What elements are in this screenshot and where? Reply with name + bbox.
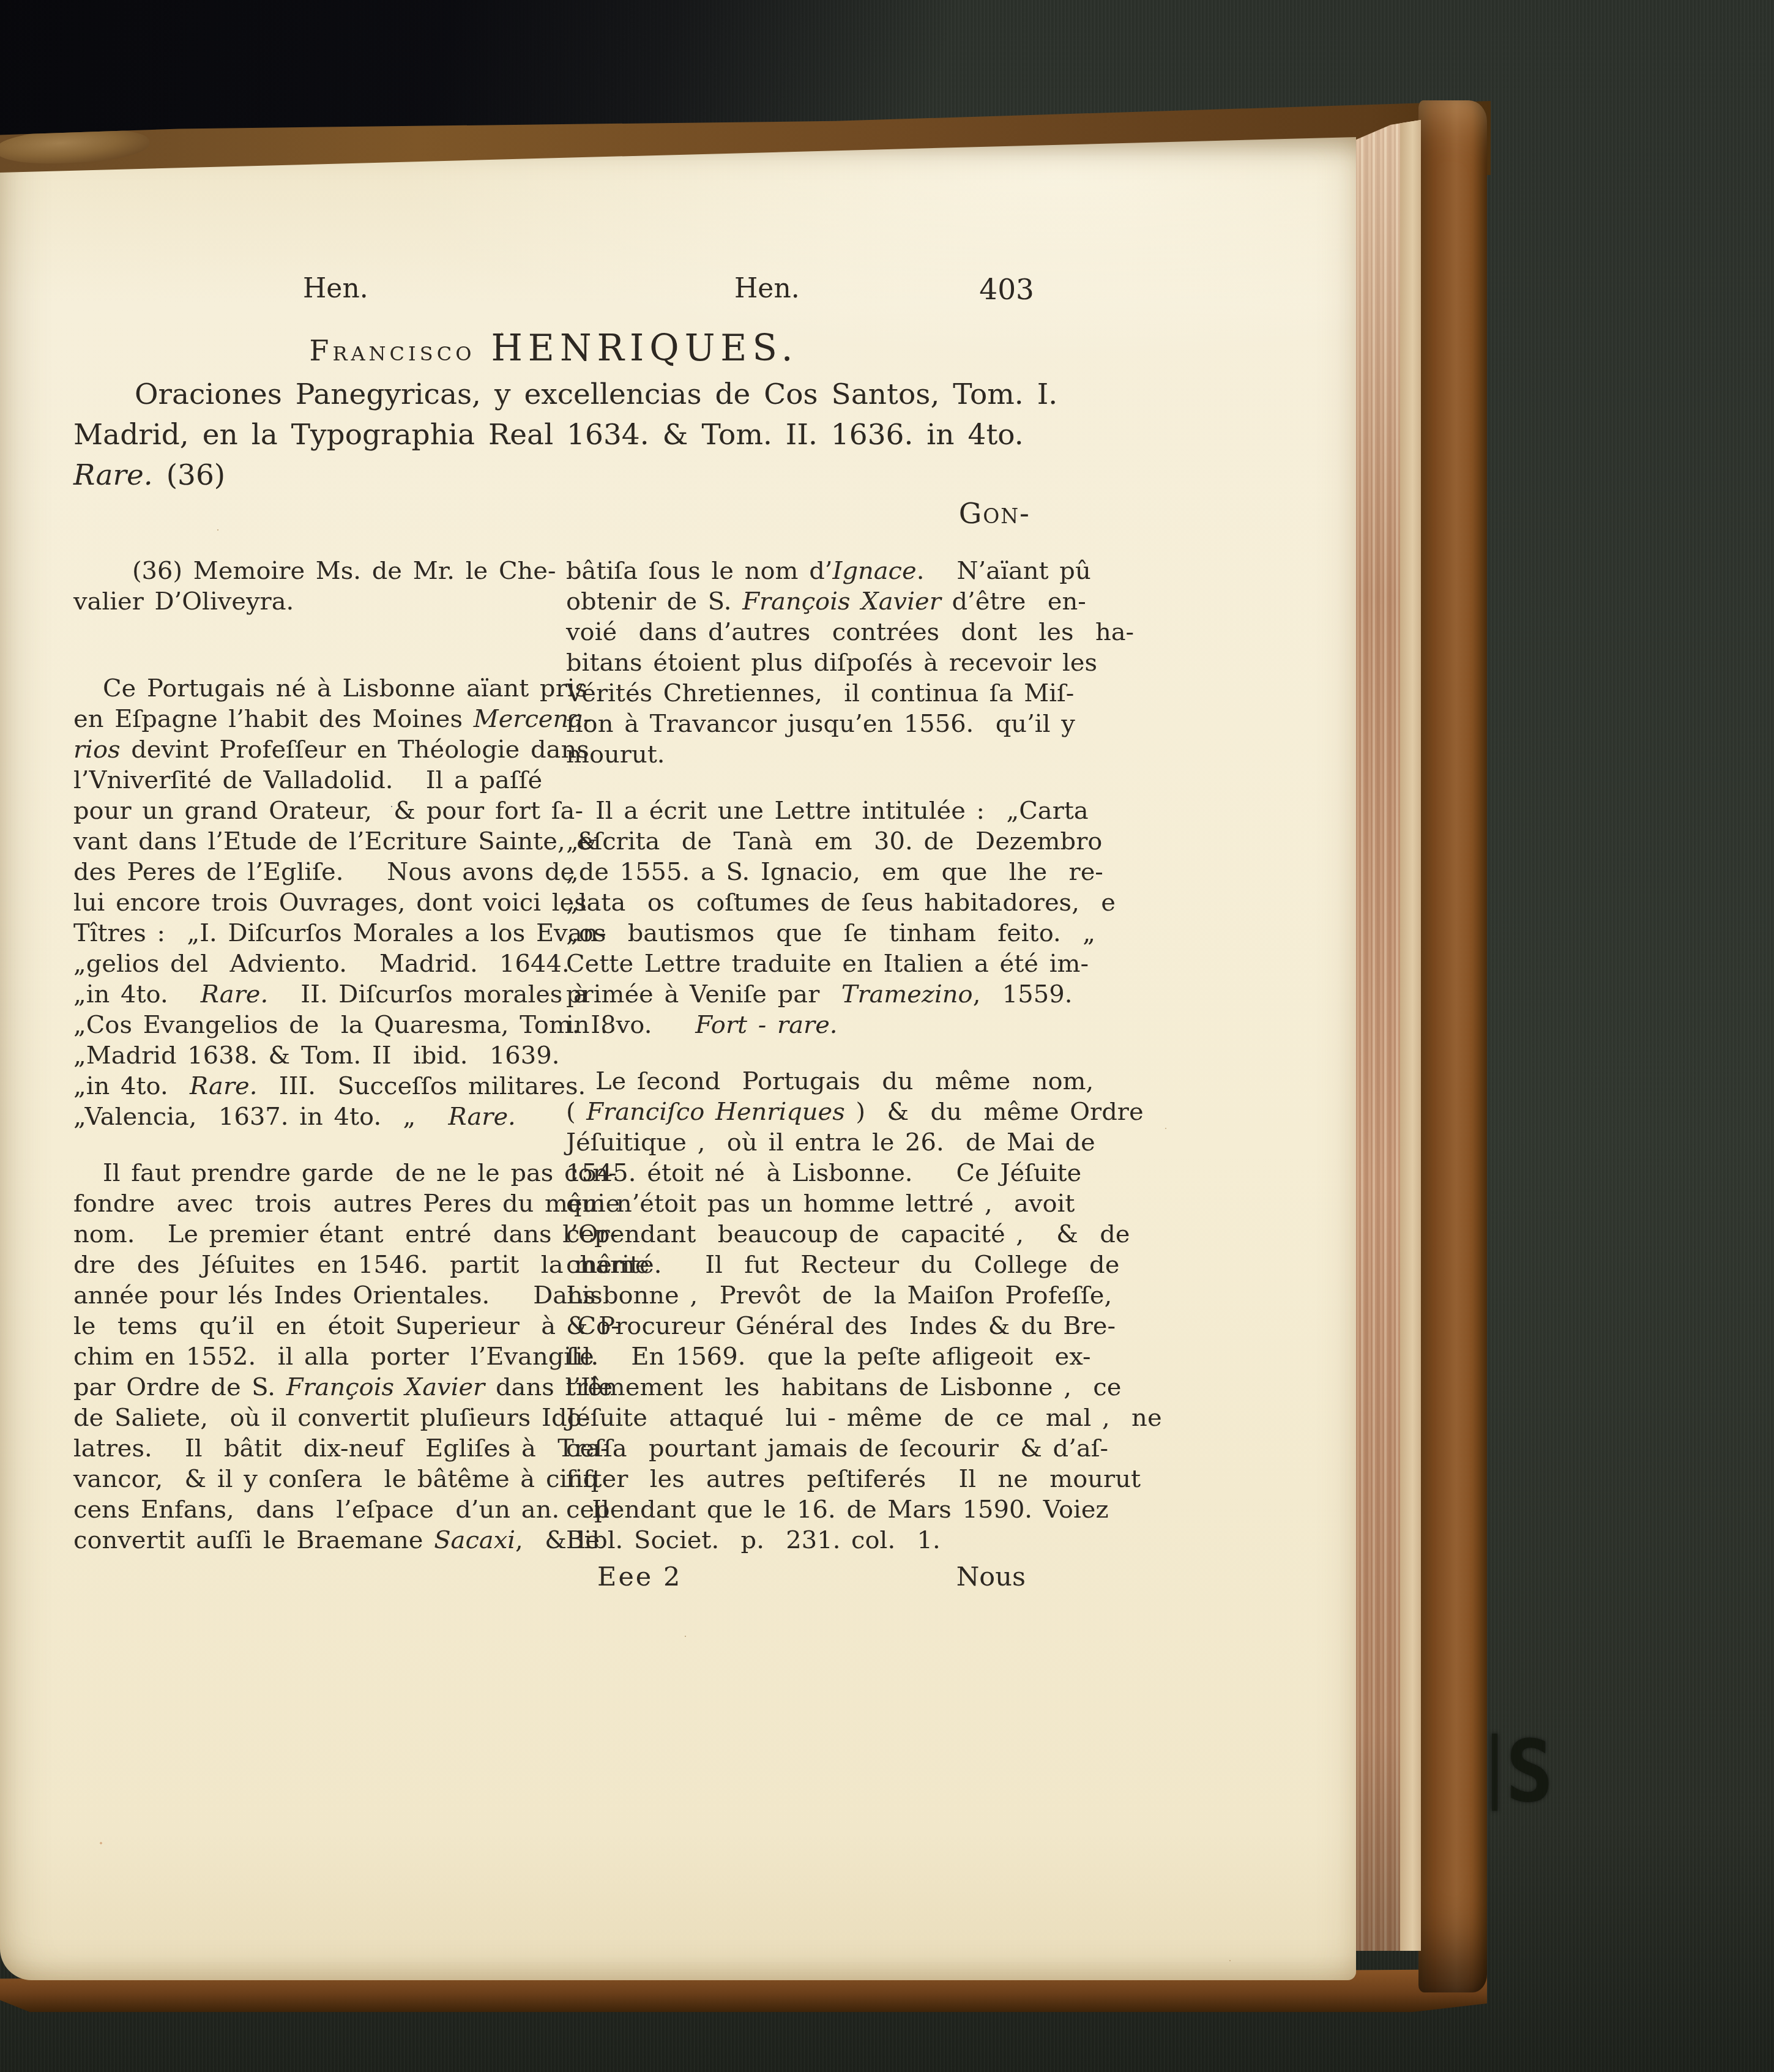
- text-line: „os bautismos que ſe tinham feito. „: [566, 918, 1034, 948]
- text-line: primée à Veniſe par Tramezino, 1559.: [566, 979, 1034, 1010]
- text-line: 1545. étoit né à Lisbonne. Ce Jéſuite: [566, 1158, 1034, 1188]
- book-photo-scan: Hen. Hen. 403 FranciscoHENRIQUES. Oracio…: [0, 0, 1774, 2072]
- text-line: latres. Il bâtit dix-neuf Egliſes à Tra-: [73, 1433, 542, 1464]
- text-line: vant dans l’Etude de l’Ecriture Sainte, …: [73, 826, 542, 857]
- catchword-nous: Nous: [956, 1562, 1026, 1592]
- text-line: cens Enfans, dans l’eſpace d’un an. Il: [73, 1494, 542, 1525]
- text-line: valier D’Oliveyra.: [73, 586, 542, 617]
- text-line: ceſſa pourtant jamais de ſecourir & d’aſ…: [566, 1433, 1034, 1464]
- text-line: Ce Portugais né à Lisbonne aïant pris: [73, 673, 542, 704]
- text-line: Lisbonne , Prevôt de la Maiſon Profeſſe,: [566, 1280, 1034, 1311]
- footnote-paragraph: Il a écrit une Lettre intitulée : „Carta…: [566, 796, 1034, 1040]
- leather-wrinkle: [0, 125, 150, 166]
- text-line: en Eſpagne l’habit des Moines Mercena-: [73, 704, 542, 734]
- inner-page-edge: [1400, 120, 1421, 1951]
- entry-paragraph: Oraciones Panegyricas, y excellencias de…: [73, 375, 1034, 496]
- text-line: mourut.: [566, 739, 1034, 770]
- text-line: l’Vniverſité de Valladolid. Il a paſſé: [73, 765, 542, 796]
- text-line: Jéſuite attaqué lui - même de ce mal , n…: [566, 1403, 1034, 1433]
- footnote-column-left: (36) Memoire Ms. de Mr. le Che-valier D’…: [73, 556, 542, 1556]
- text-line: charité. Il fut Recteur du College de: [566, 1250, 1034, 1280]
- text-line: „lata os coſtumes de ſeus habitadores, e: [566, 887, 1034, 918]
- text-line: fondre avec trois autres Peres du même: [73, 1188, 542, 1219]
- text-line: bâtiſa ſous le nom d’Ignace. N’aïant pû: [566, 556, 1034, 586]
- text-line: bitans étoient plus diſpoſés à recevoir …: [566, 647, 1034, 678]
- book-page: Hen. Hen. 403 FranciscoHENRIQUES. Oracio…: [0, 137, 1356, 1980]
- footnote-paragraph: Ce Portugais né à Lisbonne aïant prisen …: [73, 673, 542, 1132]
- text-block: Hen. Hen. 403 FranciscoHENRIQUES. Oracio…: [73, 269, 1034, 1640]
- text-line: ſion à Travancor jusqu’en 1556. qu’il y: [566, 709, 1034, 739]
- text-line: ſil. En 1569. que la peſte afligeoit ex-: [566, 1341, 1034, 1372]
- text-line: Le ſecond Portugais du même nom,: [566, 1066, 1034, 1097]
- text-line: Rare. (36): [73, 455, 1034, 496]
- emboss-bar: [1492, 1734, 1497, 1811]
- running-head-center: Hen.: [734, 273, 800, 304]
- text-line: „Cos Evangelios de la Quaresma, Tom. I.: [73, 1010, 542, 1040]
- text-line: Madrid, en la Typographia Real 1634. & T…: [73, 415, 1034, 455]
- page-number: 403: [979, 273, 1034, 307]
- footnote-paragraph: bâtiſa ſous le nom d’Ignace. N’aïant pûo…: [566, 556, 1034, 770]
- text-line: Vérités Chretiennes, il continua ſa Miſ-: [566, 678, 1034, 709]
- text-line: cependant que le 16. de Mars 1590. Voiez: [566, 1494, 1034, 1525]
- emboss-stamp: S: [1492, 1723, 1571, 1821]
- text-line: lui encore trois Ouvrages, dont voici le…: [73, 887, 542, 918]
- text-line: „gelios del Adviento. Madrid. 1644.: [73, 948, 542, 979]
- text-line: dre des Jéſuites en 1546. partit la même: [73, 1250, 542, 1280]
- text-line: chim en 1552. il alla porter l’Evangile: [73, 1341, 542, 1372]
- footnote-paragraph: Le ſecond Portugais du même nom,( Franci…: [566, 1066, 1034, 1556]
- text-line: „Valencia, 1637. in 4to. „ Rare.: [73, 1101, 542, 1132]
- text-line: convertit auſſi le Braemane Sacaxi, & le: [73, 1525, 542, 1556]
- text-line: „in 4to. Rare. III. Succeſſos militares.: [73, 1071, 542, 1101]
- text-line: de Saliete, où il convertit pluſieurs Id…: [73, 1403, 542, 1433]
- text-line: Oraciones Panegyricas, y excellencias de…: [73, 375, 1034, 415]
- running-head-left: Hen.: [303, 273, 368, 304]
- book-fore-edge-pages: [1354, 120, 1421, 1951]
- running-head: Hen. Hen. 403: [73, 273, 1034, 310]
- footnote-columns: (36) Memoire Ms. de Mr. le Che-valier D’…: [73, 556, 1034, 1556]
- footnote-paragraph: Il faut prendre garde de ne le pas con-f…: [73, 1158, 542, 1556]
- entry-title-surname: HENRIQUES.: [491, 327, 798, 369]
- emboss-letter: S: [1506, 1723, 1553, 1822]
- book-cover-leather: [1418, 100, 1487, 1992]
- text-line: Cette Lettre traduite en Italien a été i…: [566, 948, 1034, 979]
- text-line: & Procureur Général des Indes & du Bre-: [566, 1311, 1034, 1341]
- signature-mark: Eee 2: [597, 1562, 682, 1592]
- text-line: Tîtres : „I. Diſcurſos Morales a los Eva…: [73, 918, 542, 948]
- text-line: trêmement les habitans de Lisbonne , ce: [566, 1372, 1034, 1403]
- text-line: Il faut prendre garde de ne le pas con-: [73, 1158, 542, 1188]
- text-line: vancor, & il y conſera le bâtême à cinq: [73, 1464, 542, 1494]
- text-line: par Ordre de S. François Xavier dans l’I…: [73, 1372, 542, 1403]
- text-line: qui n’étoit pas un homme lettré , avoit: [566, 1188, 1034, 1219]
- text-line: „Madrid 1638. & Tom. II ibid. 1639.: [73, 1040, 542, 1071]
- text-line: (36) Memoire Ms. de Mr. le Che-: [73, 556, 542, 586]
- text-line: des Peres de l’Egliſe. Nous avons de: [73, 857, 542, 887]
- catchword-row: Gon-: [73, 497, 1034, 531]
- entry-title-forename: Francisco: [310, 334, 475, 367]
- entry-title: FranciscoHENRIQUES.: [73, 327, 1034, 369]
- text-line: pour un grand Orateur, & pour fort ſa-: [73, 796, 542, 826]
- text-line: Il a écrit une Lettre intitulée : „Carta: [566, 796, 1034, 826]
- text-line: année pour lés Indes Orientales. Dans: [73, 1280, 542, 1311]
- catchword-gon: Gon-: [959, 497, 1030, 531]
- footnote-paragraph: (36) Memoire Ms. de Mr. le Che-valier D’…: [73, 556, 542, 617]
- text-line: cependant beaucoup de capacité , & de: [566, 1219, 1034, 1250]
- footnote-column-right: bâtiſa ſous le nom d’Ignace. N’aïant pûo…: [566, 556, 1034, 1556]
- text-line: Jéſuitique , où il entra le 26. de Mai d…: [566, 1127, 1034, 1158]
- text-line: Bibl. Societ. p. 231. col. 1.: [566, 1525, 1034, 1556]
- text-line: „de 1555. a S. Ignacio, em que lhe re-: [566, 857, 1034, 887]
- text-line: „eſcrita de Tanà em 30. de Dezembro: [566, 826, 1034, 857]
- text-line: voié dans d’autres contrées dont les ha-: [566, 617, 1034, 647]
- text-line: „in 4to. Rare. II. Diſcurſos morales à: [73, 979, 542, 1010]
- text-line: nom. Le premier étant entré dans l’Or-: [73, 1219, 542, 1250]
- signature-row: Eee 2 Nous: [73, 1562, 1034, 1598]
- text-line: ſiſter les autres peſtiferés Il ne mouru…: [566, 1464, 1034, 1494]
- text-line: ( Franciſco Henriques ) & du même Ordre: [566, 1097, 1034, 1127]
- text-line: rios devint Profeſſeur en Théologie dans: [73, 734, 542, 765]
- text-line: le tems qu’il en étoit Superieur à Co-: [73, 1311, 542, 1341]
- text-line: obtenir de S. François Xavier d’être en-: [566, 586, 1034, 617]
- text-line: in 8vo. Fort - rare.: [566, 1010, 1034, 1040]
